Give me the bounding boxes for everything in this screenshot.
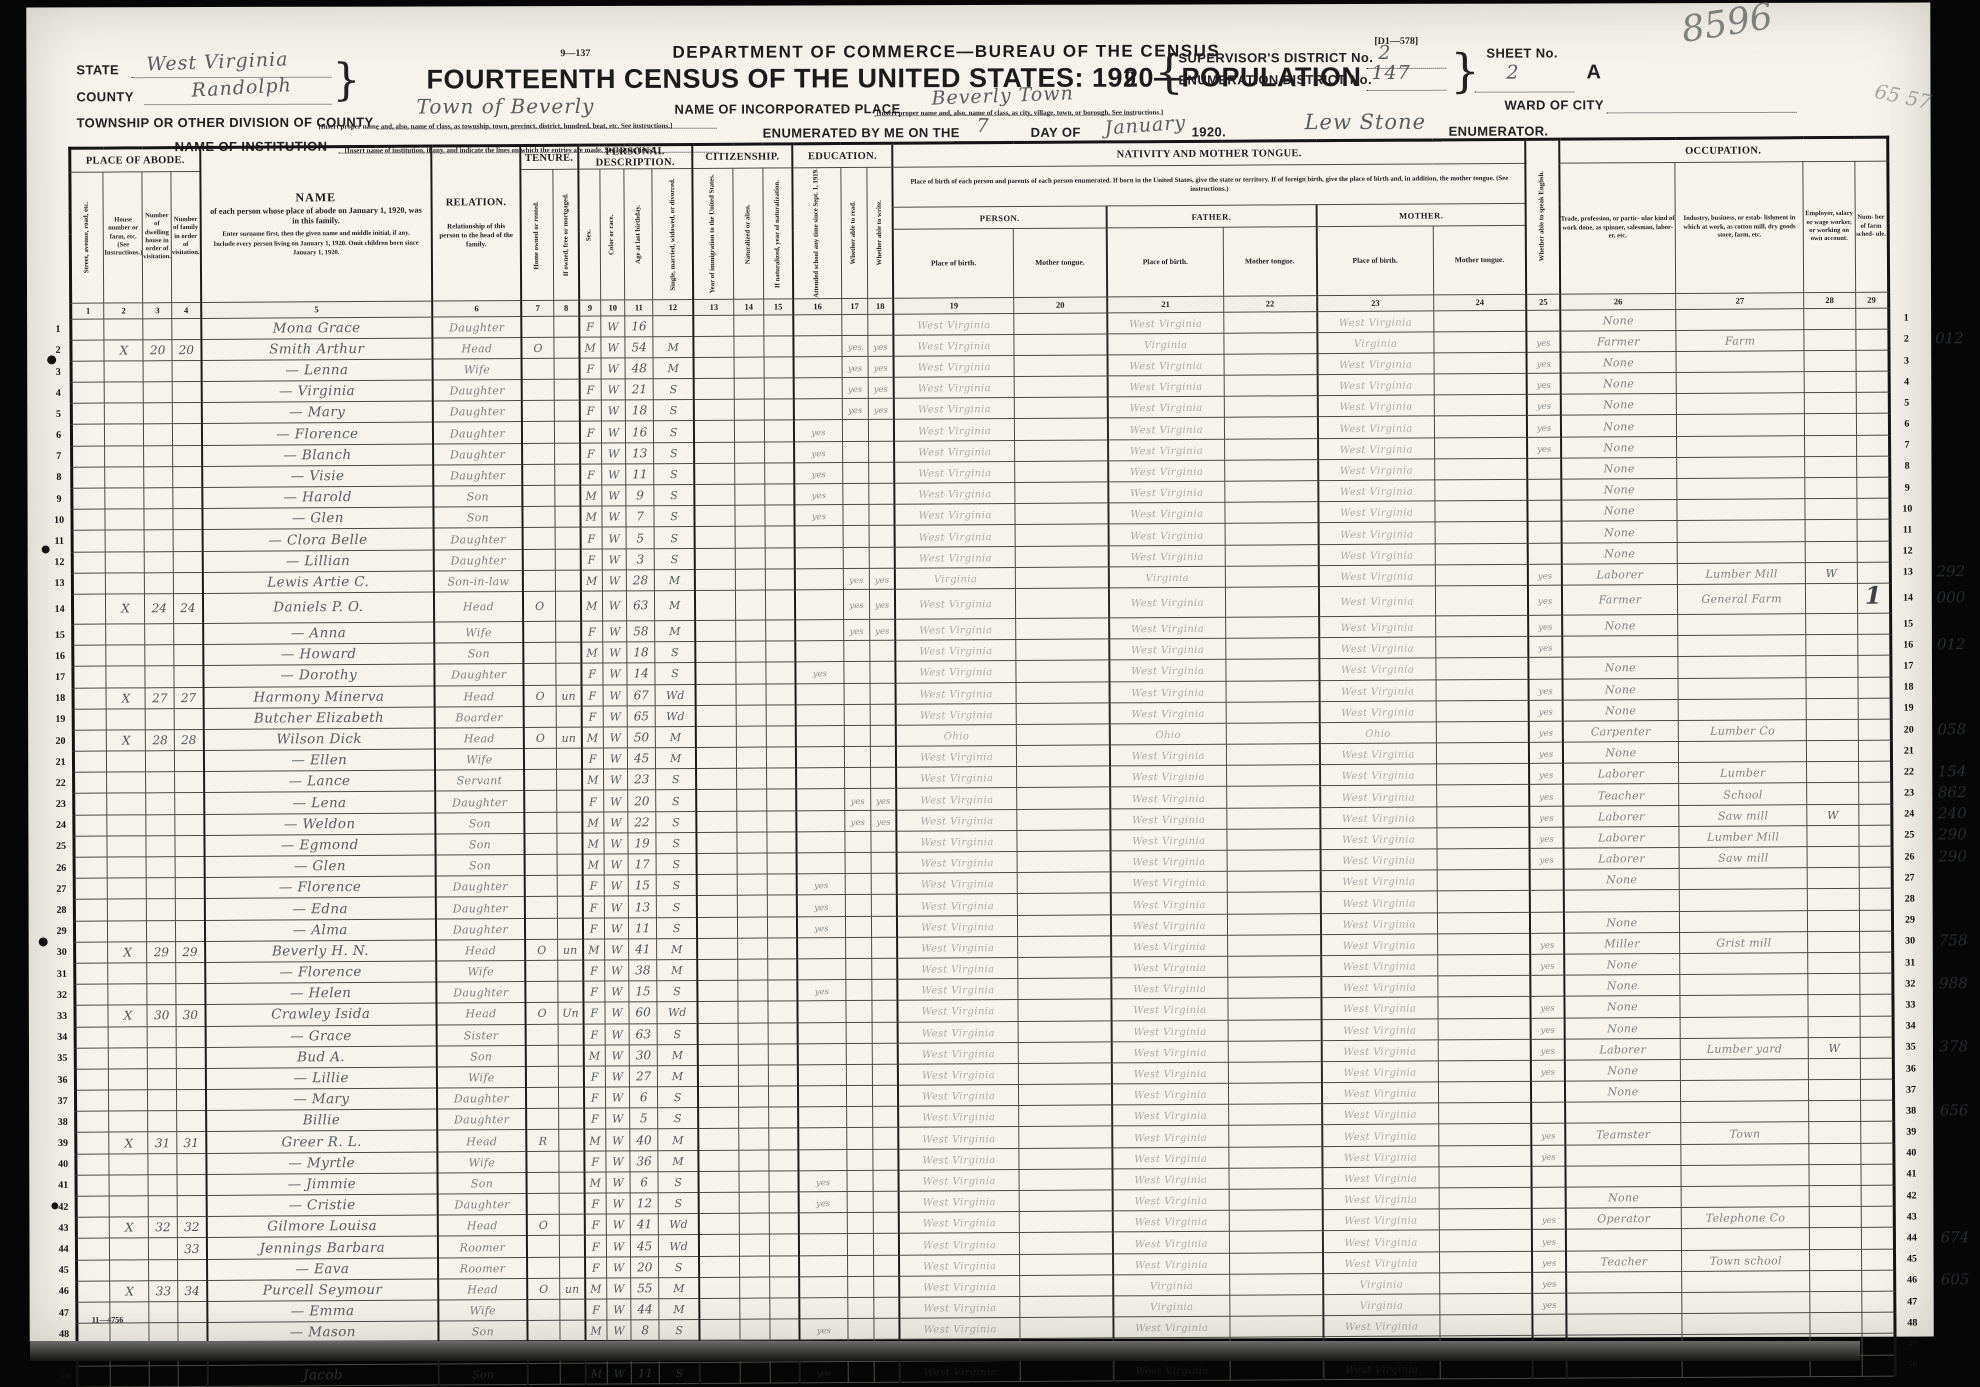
cell-trade: None — [1565, 1186, 1681, 1208]
handwritten-rel: Wife — [466, 753, 493, 766]
cell-sex: F — [582, 748, 604, 769]
cell-own — [523, 570, 556, 591]
col-employer: Employer, salary or wage worker, or work… — [1803, 161, 1855, 292]
line-number-left: 5 — [50, 404, 72, 425]
cell-mt — [1017, 872, 1111, 894]
cell-nat — [735, 463, 765, 484]
handwritten-age: 28 — [633, 573, 648, 587]
handwritten-rel: Boarder — [455, 711, 503, 724]
cell-mar: Wd — [658, 1235, 699, 1256]
handwritten-f: 32 — [184, 1220, 199, 1234]
handwritten-sex: F — [592, 1240, 600, 1253]
cell-mb: West Virginia — [1319, 679, 1436, 701]
handwritten-sex: M — [589, 1134, 600, 1147]
handwritten-name: — Visie — [291, 468, 345, 484]
cell-own — [526, 1172, 559, 1193]
cell-nat — [738, 917, 768, 938]
cell-age: 7 — [626, 506, 654, 527]
cell-mb: Ohio — [1319, 722, 1436, 744]
cell-ind — [1681, 1080, 1809, 1102]
handwritten-mar: S — [670, 510, 678, 523]
cell-mmt — [1435, 564, 1529, 586]
handwritten-mb: West Virginia — [1340, 571, 1413, 582]
cell-mt — [1019, 1211, 1113, 1233]
handwritten-read: yes — [849, 627, 863, 637]
handwritten-name: — Eava — [295, 1261, 349, 1277]
handwritten-name: — Edna — [292, 901, 348, 917]
cell-name: — Helen — [205, 982, 436, 1005]
cell-farm — [1861, 1249, 1895, 1270]
cell-natyr — [765, 641, 795, 662]
handwritten-trade: Laborer — [1598, 810, 1645, 823]
handwritten-rel: Wife — [465, 626, 492, 639]
cell-race: W — [606, 1172, 631, 1193]
cell-ind: Lumber Co — [1678, 720, 1806, 742]
cell-st — [73, 666, 106, 687]
cell-mmt — [1438, 1124, 1532, 1146]
cell-ind — [1680, 910, 1808, 932]
handwritten-sex: F — [591, 1092, 599, 1105]
line-number-right: 7 — [1889, 435, 1919, 456]
cell-own: O — [525, 1003, 558, 1024]
cell-x — [110, 1238, 149, 1259]
cell-mar: S — [656, 896, 697, 917]
cell-read — [843, 462, 869, 483]
handwritten-race: W — [611, 901, 622, 914]
handwritten-sex: M — [591, 1367, 602, 1380]
cell-f — [178, 1301, 207, 1322]
handwritten-race: W — [610, 795, 621, 808]
column-number-22: 22 — [1223, 295, 1316, 312]
cell-x — [110, 1302, 149, 1323]
cell-ind: Grist mill — [1680, 931, 1808, 953]
cell-mort — [557, 833, 582, 854]
handwritten-sch: yes — [814, 903, 828, 913]
margin-annotation — [1921, 697, 1980, 719]
cell-own — [523, 528, 556, 549]
cell-natyr — [766, 810, 796, 831]
cell-farm — [1858, 698, 1892, 719]
handwritten-mb: West Virginia — [1344, 1173, 1417, 1184]
cell-f — [177, 1111, 206, 1132]
handwritten-name: — Egmond — [281, 837, 359, 853]
cell-d — [144, 466, 173, 487]
cell-fb: West Virginia — [1113, 1232, 1230, 1254]
handwritten-age: 8 — [641, 1324, 649, 1338]
line-number-right: 27 — [1892, 867, 1922, 888]
cell-ind: Telephone Co — [1681, 1207, 1809, 1229]
cell-write — [870, 768, 896, 789]
cell-d — [148, 1153, 177, 1174]
cell-mort — [560, 1363, 585, 1380]
cell-natyr — [769, 1234, 799, 1255]
cell-st — [73, 688, 106, 709]
cell-race: W — [604, 812, 629, 833]
cell-own: O — [521, 337, 554, 358]
cell-pb: West Virginia — [897, 915, 1017, 937]
handwritten-sex: F — [588, 553, 596, 566]
cell-sch — [799, 1298, 848, 1319]
cell-d — [144, 403, 173, 424]
cell-emp — [1808, 995, 1859, 1016]
cell-eng: yes — [1527, 352, 1560, 373]
cell-mb: West Virginia — [1317, 395, 1434, 417]
cell-farm — [1861, 1228, 1895, 1249]
cell-natyr — [764, 357, 794, 378]
handwritten-mar: S — [670, 468, 678, 481]
handwritten-name: — Lena — [293, 795, 347, 811]
handwritten-age: 19 — [634, 836, 649, 850]
cell-pb: West Virginia — [898, 1000, 1018, 1022]
cell-own — [522, 464, 555, 485]
cell-pb: West Virginia — [900, 1360, 1020, 1380]
cell-pb: West Virginia — [894, 377, 1014, 399]
handwritten-eng: yes — [1539, 708, 1553, 718]
cell-sch: yes — [799, 1170, 848, 1191]
cell-st — [76, 1090, 109, 1111]
cell-mmt — [1435, 585, 1529, 616]
cell-x — [109, 1048, 148, 1069]
handwritten-age: 13 — [632, 446, 647, 460]
cell-st — [74, 751, 107, 772]
cell-st — [76, 1217, 109, 1238]
handwritten-mar: M — [672, 1134, 683, 1147]
handwritten-ind: School — [1723, 788, 1762, 801]
handwritten-mb: West Virginia — [1343, 983, 1416, 994]
cell-natyr — [766, 768, 796, 789]
handwritten-age: 40 — [636, 1133, 651, 1147]
handwritten-name: — Mason — [290, 1324, 356, 1340]
cell-mt — [1017, 915, 1111, 937]
cell-st — [74, 815, 107, 836]
cell-nat — [739, 1192, 769, 1213]
cell-fb: West Virginia — [1112, 1020, 1229, 1042]
handwritten-race: W — [611, 986, 622, 999]
line-number-right: 32 — [1893, 973, 1923, 994]
handwritten-rel: Head — [467, 1283, 498, 1296]
handwritten-f: 29 — [182, 945, 197, 959]
cell-f — [177, 1153, 206, 1174]
cell-pb: West Virginia — [894, 334, 1014, 356]
line-number-left: 16 — [51, 645, 73, 666]
handwritten-rel: Head — [465, 944, 496, 957]
cell-read — [845, 831, 871, 852]
handwritten-name: Purcell Seymour — [263, 1282, 383, 1299]
cell-imm — [694, 463, 735, 484]
cell-read: yes — [843, 568, 869, 589]
cell-sex: F — [579, 316, 601, 337]
handwritten-mb: West Virginia — [1340, 487, 1413, 498]
cell-pb: West Virginia — [896, 767, 1016, 789]
cell-age: 45 — [628, 748, 656, 769]
cell-fmt — [1225, 502, 1319, 524]
cell-mar: S — [654, 463, 695, 484]
cell-ind — [1676, 393, 1804, 415]
handwritten-race: W — [608, 384, 619, 397]
handwritten-trade: None — [1605, 662, 1636, 675]
handwritten-mb: West Virginia — [1344, 1131, 1417, 1142]
cell-natyr — [766, 705, 796, 726]
handwritten-race: W — [610, 816, 621, 829]
cell-natyr — [768, 1001, 798, 1022]
cell-mmt — [1439, 1293, 1533, 1315]
cell-farm — [1856, 456, 1890, 477]
cell-imm — [698, 1023, 739, 1044]
margin-annotation — [1919, 519, 1978, 541]
handwritten-fb: West Virginia — [1130, 446, 1203, 457]
handwritten-trade: Laborer — [1598, 768, 1645, 781]
cell-ind — [1679, 741, 1807, 763]
handwritten-eng: yes — [1538, 623, 1552, 633]
cell-mb: Virginia — [1323, 1294, 1440, 1316]
handwritten-eng: yes — [1539, 771, 1553, 781]
cell-pb: West Virginia — [895, 618, 1015, 640]
handwritten-sex: F — [591, 1071, 599, 1084]
handwritten-sex: F — [591, 1155, 599, 1168]
cell-eng: yes — [1530, 763, 1563, 784]
cell-farm — [1861, 1270, 1895, 1291]
handwritten-name: Billie — [303, 1113, 341, 1129]
line-number-left: 32 — [53, 984, 75, 1005]
cell-pb: West Virginia — [898, 1106, 1018, 1128]
cell-eng: yes — [1530, 806, 1563, 827]
handwritten-sex: M — [588, 837, 599, 850]
handwritten-fb: West Virginia — [1133, 1005, 1206, 1016]
cell-name: Greer R. L. — [206, 1131, 437, 1154]
cell-name: — Florence — [204, 876, 435, 899]
cell-pb: West Virginia — [898, 1063, 1018, 1085]
handwritten-race: W — [608, 426, 619, 439]
handwritten-sch: yes — [815, 987, 829, 997]
col-color-race: Color or race. — [600, 169, 625, 300]
cell-read — [843, 547, 869, 568]
margin-annotation: 012 — [1918, 328, 1977, 350]
cell-mb: West Virginia — [1323, 1315, 1440, 1337]
handwritten-read: yes — [848, 406, 862, 416]
cell-rel: Daughter — [434, 549, 523, 571]
handwritten-margin-number: 058 — [1937, 720, 1966, 738]
cell-mmt — [1439, 1209, 1533, 1231]
handwritten-rel: Wife — [469, 1156, 496, 1169]
handwritten-fb: West Virginia — [1129, 318, 1202, 329]
line-number-left: 28 — [53, 900, 75, 921]
handwritten-mar: M — [671, 964, 682, 977]
cell-farm — [1857, 677, 1891, 698]
cell-farm — [1860, 1058, 1894, 1079]
cell-mar: M — [655, 748, 696, 769]
cell-ind: Lumber Mill — [1679, 826, 1807, 848]
cell-eng: yes — [1530, 848, 1563, 869]
cell-f — [172, 403, 201, 424]
cell-age: 20 — [628, 790, 656, 811]
cell-write — [873, 1170, 899, 1191]
cell-age: 60 — [629, 1002, 657, 1023]
line-number-left: 19 — [52, 709, 74, 730]
handwritten-read: yes — [848, 385, 862, 395]
cell-mb: West Virginia — [1321, 891, 1438, 913]
cell-eng: yes — [1529, 700, 1562, 721]
cell-write — [872, 1043, 898, 1064]
cell-f — [174, 751, 203, 772]
line-number-right: 41 — [1894, 1164, 1924, 1185]
handwritten-d: 27 — [152, 691, 167, 705]
line-number-left: 29 — [53, 921, 75, 942]
cell-mar: S — [658, 1171, 699, 1192]
cell-mt — [1017, 766, 1111, 788]
cell-sch — [797, 959, 846, 980]
cell-sch — [794, 378, 843, 399]
handwritten-age: 58 — [633, 624, 648, 638]
margin-annotation — [1920, 613, 1979, 635]
handwritten-mb: West Virginia — [1343, 1046, 1416, 1057]
cell-mar: S — [656, 790, 697, 811]
cell-rel: Son — [438, 1321, 527, 1343]
cell-fmt — [1226, 680, 1320, 702]
handwritten-age: 20 — [637, 1260, 652, 1274]
cell-mort: Un — [558, 1002, 583, 1023]
cell-pb: West Virginia — [894, 440, 1014, 462]
cell-mort — [555, 443, 580, 464]
cell-pb: West Virginia — [895, 483, 1015, 505]
col-house-number: House number or farm, etc. (See Instruct… — [103, 172, 143, 303]
cell-race: W — [602, 548, 627, 569]
cell-mort — [557, 875, 582, 896]
cell-mb: West Virginia — [1317, 353, 1434, 375]
cell-nat — [740, 1319, 770, 1340]
cell-age: 14 — [627, 663, 655, 684]
col-trade: Trade, profession, or partic- ular kind … — [1559, 162, 1676, 293]
cell-name: — Jimmie — [206, 1173, 437, 1196]
line-number-left: 10 — [50, 509, 72, 530]
cell-write — [873, 1234, 899, 1255]
cell-write — [871, 937, 897, 958]
margin-annotation — [1923, 1121, 1980, 1143]
cell-mt — [1016, 639, 1110, 661]
cell-rel: Head — [438, 1215, 527, 1237]
cell-age: 63 — [627, 591, 655, 621]
cell-pb: West Virginia — [897, 830, 1017, 852]
handwritten-eng: yes — [1537, 423, 1551, 433]
cell-mmt — [1436, 679, 1530, 701]
cell-st — [74, 836, 107, 857]
cell-imm — [697, 938, 738, 959]
cell-race: W — [603, 769, 628, 790]
cell-race: W — [602, 621, 627, 642]
handwritten-d: 29 — [154, 945, 169, 959]
cell-fmt — [1228, 956, 1322, 978]
handwritten-fb: Virginia — [1150, 1302, 1194, 1313]
county-label: COUNTY — [76, 89, 133, 104]
line-number-left: 18 — [52, 688, 74, 709]
cell-mort — [559, 1087, 584, 1108]
cell-race: W — [607, 1299, 632, 1320]
cell-race: W — [606, 1278, 631, 1299]
cell-trade: Operator — [1565, 1208, 1681, 1230]
cell-imm — [695, 505, 736, 526]
cell-emp — [1809, 1143, 1860, 1164]
cell-mmt — [1437, 891, 1531, 913]
cell-ind: Lumber Mill — [1677, 562, 1805, 584]
group-relation: RELATION. Relationship of this person to… — [431, 146, 521, 301]
cell-f — [174, 623, 203, 644]
cell-mb: West Virginia — [1319, 586, 1436, 617]
cell-mt — [1018, 936, 1112, 958]
cell-ind — [1678, 698, 1806, 720]
cell-mt — [1019, 1084, 1113, 1106]
handwritten-mort: un — [563, 944, 577, 957]
cell-eng — [1528, 458, 1561, 479]
cell-mort — [559, 1130, 584, 1151]
township-note: [Insert proper name and, also, name of c… — [319, 122, 673, 131]
cell-pb: West Virginia — [899, 1275, 1019, 1297]
handwritten-race: W — [609, 647, 620, 660]
handwritten-age: 6 — [640, 1175, 648, 1189]
cell-mort — [557, 854, 582, 875]
handwritten-rel: Daughter — [454, 1092, 509, 1105]
cell-mmt — [1435, 543, 1529, 565]
cell-mmt — [1434, 373, 1528, 395]
cell-st — [72, 552, 105, 573]
cell-fmt — [1228, 1040, 1322, 1062]
line-number-right: 2 — [1889, 329, 1919, 350]
cell-x — [111, 1365, 150, 1380]
cell-ind: Lumber yard — [1680, 1037, 1808, 1059]
cell-emp — [1808, 931, 1859, 952]
cell-read — [843, 526, 869, 547]
handwritten-fb: West Virginia — [1131, 666, 1204, 677]
pencil-number-right-edge: 65 57 — [1873, 79, 1934, 114]
handwritten-pb: Ohio — [944, 731, 970, 742]
handwritten-f: 31 — [183, 1136, 198, 1150]
cell-natyr — [763, 314, 793, 335]
cell-age: 55 — [631, 1277, 659, 1298]
handwritten-read: yes — [850, 796, 864, 806]
cell-emp — [1809, 1185, 1860, 1206]
cell-d: 29 — [147, 941, 176, 962]
cell-pb: West Virginia — [899, 1254, 1019, 1276]
handwritten-mb: West Virginia — [1344, 1110, 1417, 1121]
line-number-right: 25 — [1892, 825, 1922, 846]
handwritten-fb: West Virginia — [1131, 598, 1204, 609]
cell-name: — Ellen — [204, 749, 435, 772]
cell-x: X — [108, 942, 147, 963]
enumerator-label: ENUMERATOR. — [1449, 124, 1549, 139]
handwritten-name: Jacob — [303, 1367, 343, 1380]
cell-race: W — [605, 1023, 630, 1044]
cell-sch — [796, 747, 845, 768]
handwritten-margin-number: 000 — [1937, 588, 1966, 606]
handwritten-mar: M — [671, 943, 682, 956]
handwritten-name: — Howard — [281, 646, 357, 662]
handwritten-sex: F — [592, 1304, 600, 1317]
cell-ind: Saw mill — [1679, 804, 1807, 826]
cell-eng — [1529, 658, 1562, 679]
handwritten-name: — Lenna — [285, 362, 348, 378]
handwritten-pb: West Virginia — [919, 532, 992, 543]
line-number-right: 36 — [1893, 1058, 1923, 1079]
cell-own — [525, 981, 558, 1002]
line-number-right: 35 — [1893, 1037, 1923, 1058]
census-table: PLACE OF ABODE. NAME of each person whos… — [48, 135, 1980, 1380]
cell-f: 33 — [177, 1238, 206, 1259]
cell-rel: Daughter — [436, 897, 525, 919]
cell-own — [527, 1299, 560, 1320]
cell-race: W — [604, 896, 629, 917]
handwritten-f: 30 — [183, 1008, 198, 1022]
cell-eng: yes — [1533, 1272, 1566, 1293]
handwritten-name: — Grace — [290, 1028, 352, 1044]
cell-name: — Weldon — [204, 813, 435, 836]
